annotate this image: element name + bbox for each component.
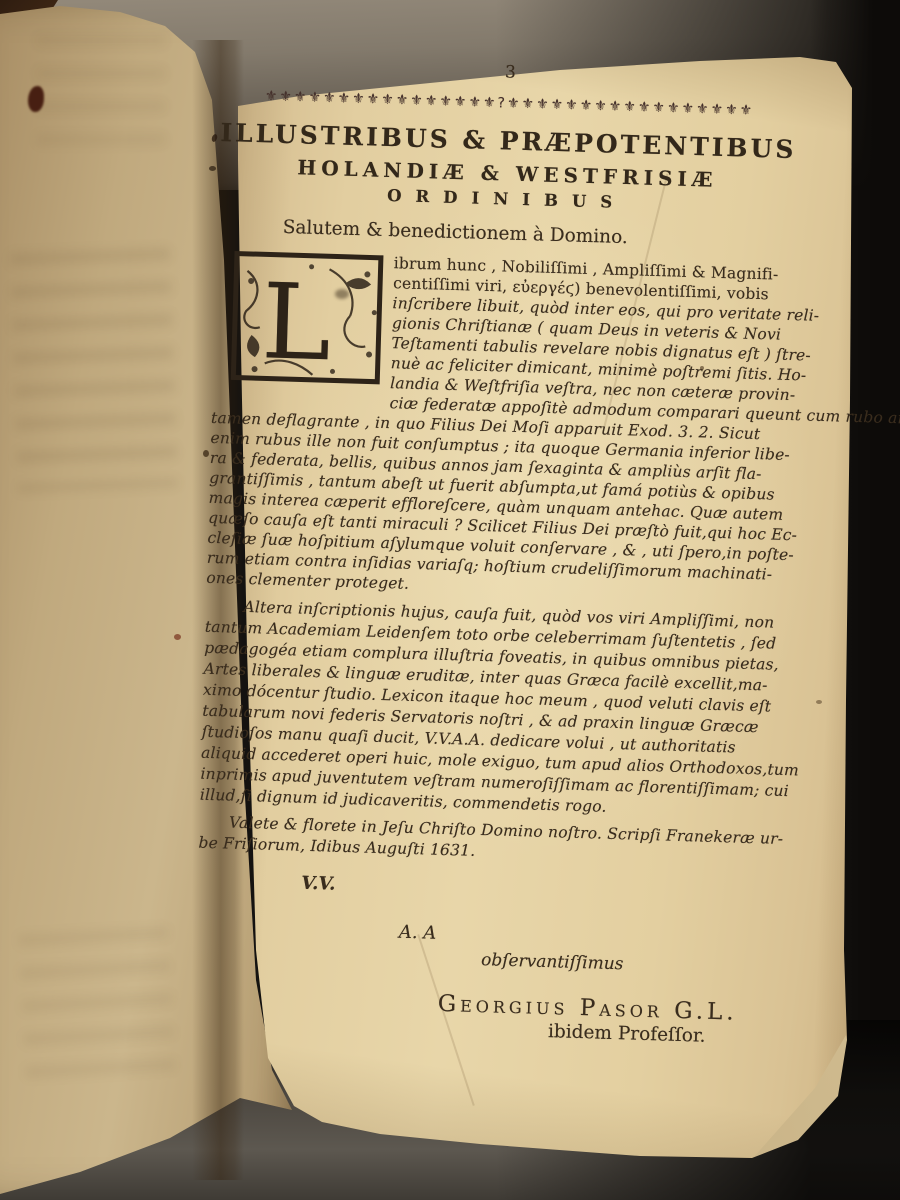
ink-smudge — [335, 289, 349, 299]
bleed-through-text — [18, 926, 176, 1084]
dedication-paragraph-2: Altera inſcriptionis hujus, cauſa fuit, … — [200, 596, 784, 823]
book-photo-scene: 3 ⚜⚜⚜⚜⚜⚜⚜⚜⚜⚜⚜⚜⚜⚜⚜⚜?⚜⚜⚜⚜⚜⚜⚜⚜⚜⚜⚜⚜⚜⚜⚜⚜⚜ ILL… — [0, 0, 900, 1200]
ink-speck — [816, 700, 822, 704]
ink-speck — [209, 166, 216, 171]
bleed-through-text — [36, 34, 166, 164]
foxing-stain — [174, 634, 181, 640]
ink-speck — [203, 450, 209, 457]
dropcap-letter: L — [260, 260, 333, 384]
salutation: Salutem & benedictionem à Domino. — [282, 216, 794, 255]
fleuron-ornament-row: ⚜⚜⚜⚜⚜⚜⚜⚜⚜⚜⚜⚜⚜⚜⚜⚜?⚜⚜⚜⚜⚜⚜⚜⚜⚜⚜⚜⚜⚜⚜⚜⚜⚜ — [220, 86, 798, 121]
dedication-paragraph-1: L ibru — [206, 248, 794, 605]
ink-speck — [700, 366, 704, 370]
woodcut-initial-L: L — [230, 250, 384, 384]
closing-paragraph: Valete & florete in Jeſu Chriſto Domino … — [198, 812, 777, 871]
initials-aa: A. A — [399, 922, 774, 955]
bleed-through-text — [10, 247, 178, 492]
page-content: 3 ⚜⚜⚜⚜⚜⚜⚜⚜⚜⚜⚜⚜⚜⚜⚜⚜?⚜⚜⚜⚜⚜⚜⚜⚜⚜⚜⚜⚜⚜⚜⚜⚜⚜ ILL… — [193, 50, 800, 1051]
initials-vv: V.V. — [301, 873, 775, 909]
